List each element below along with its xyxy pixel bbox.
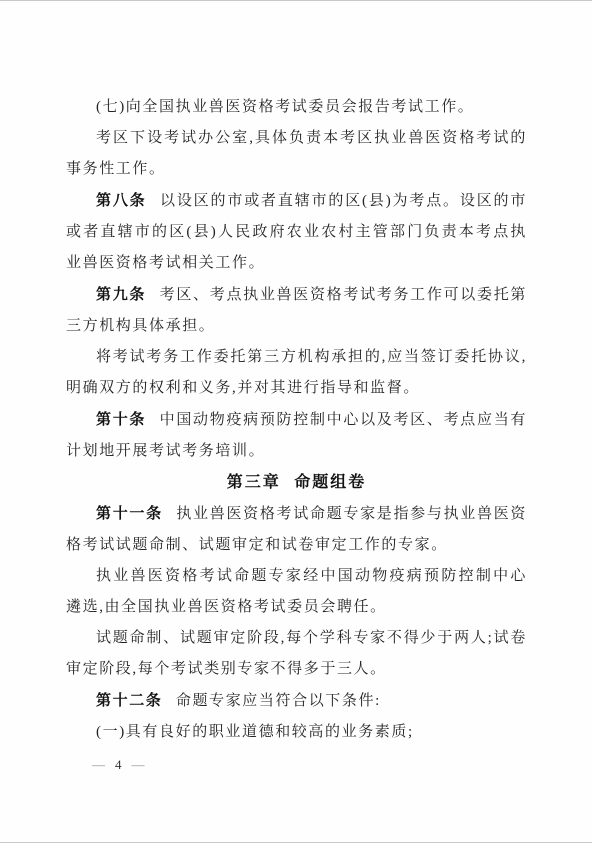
chapter-heading: 第三章命题组卷: [66, 467, 527, 498]
article-number: 第八条: [96, 192, 147, 209]
page-number: 4: [115, 757, 124, 772]
document-paragraph: (一)具有良好的职业道德和较高的业务素质;: [66, 717, 527, 748]
paragraph-text: 命题专家应当符合以下条件:: [176, 693, 381, 709]
chapter-number: 第三章: [227, 474, 281, 491]
document-page: (七)向全国执业兽医资格考试委员会报告考试工作。 考区下设考试办公室,具体负责本…: [0, 0, 592, 843]
article-number: 第十一条: [96, 505, 163, 522]
paragraph-text: (七)向全国执业兽医资格考试委员会报告考试工作。: [96, 99, 474, 115]
document-paragraph: (七)向全国执业兽医资格考试委员会报告考试工作。: [66, 92, 527, 123]
paragraph-text: 考区下设考试办公室,具体负责本考区执业兽医资格考试的事务性工作。: [66, 130, 527, 177]
document-paragraph: 将考试考务工作委托第三方机构承担的,应当签订委托协议,明确双方的权利和义务,并对…: [66, 342, 527, 404]
paragraph-text: 执业兽医资格考试命题专家经中国动物疫病预防控制中心遴选,由全国执业兽医资格考试委…: [66, 568, 527, 615]
chapter-title: 命题组卷: [294, 474, 366, 491]
document-paragraph: 第十条中国动物疫病预防控制中心以及考区、考点应当有计划地开展考试考务培训。: [66, 404, 527, 467]
paragraph-text: 试题命制、试题审定阶段,每个学科专家不得少于两人;试卷审定阶段,每个考试类别专家…: [66, 630, 527, 677]
document-paragraph: 第十一条执业兽医资格考试命题专家是指参与执业兽医资格考试试题命制、试题审定和试卷…: [66, 498, 527, 561]
paragraph-text: (一)具有良好的职业道德和较高的业务素质;: [96, 724, 414, 740]
article-number: 第十条: [96, 411, 146, 428]
page-edge-top: [0, 0, 592, 1]
paragraph-text: 将考试考务工作委托第三方机构承担的,应当签订委托协议,明确双方的权利和义务,并对…: [66, 349, 527, 396]
document-paragraph: 第八条以设区的市或者直辖市的区(县)为考点。设区的市或者直辖市的区(县)人民政府…: [66, 185, 527, 279]
article-number: 第十二条: [96, 692, 162, 709]
document-paragraph: 试题命制、试题审定阶段,每个学科专家不得少于两人;试卷审定阶段,每个考试类别专家…: [66, 623, 527, 685]
document-paragraph: 考区下设考试办公室,具体负责本考区执业兽医资格考试的事务性工作。: [66, 123, 527, 185]
article-number: 第九条: [96, 286, 146, 303]
document-body: (七)向全国执业兽医资格考试委员会报告考试工作。 考区下设考试办公室,具体负责本…: [66, 92, 527, 748]
footer-dash-left: —: [92, 757, 107, 772]
footer-dash-right: —: [132, 757, 147, 772]
document-paragraph: 第九条考区、考点执业兽医资格考试考务工作可以委托第三方机构具体承担。: [66, 279, 527, 342]
document-paragraph: 第十二条命题专家应当符合以下条件:: [66, 685, 527, 717]
document-paragraph: 执业兽医资格考试命题专家经中国动物疫病预防控制中心遴选,由全国执业兽医资格考试委…: [66, 561, 527, 623]
page-footer: —4—: [92, 757, 147, 773]
